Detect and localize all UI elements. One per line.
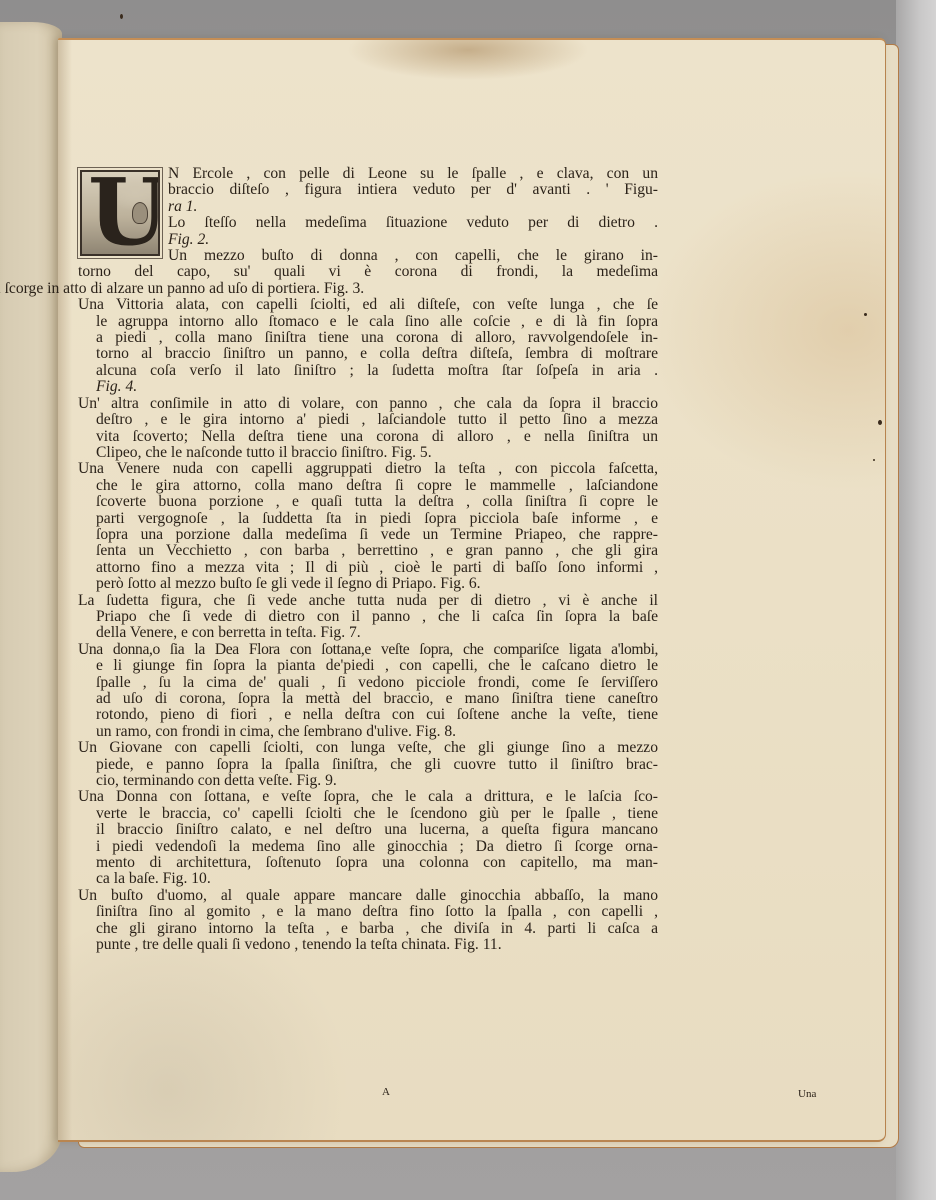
text-line: della Venere, e con berretta in teſta. F… <box>78 625 658 641</box>
signature-mark: A <box>382 1086 390 1098</box>
text-line: ca la baſe. Fig. 10. <box>78 871 658 887</box>
text-line: deſtro , e le gira intorno a' piedi , la… <box>78 412 658 428</box>
text-line: rotondo, pieno di fiori , e nella deſtra… <box>78 707 658 723</box>
text-line: verte le braccia, co' capelli ſciolti ch… <box>78 806 658 822</box>
entry-fig5: Un' altra conſimile in atto di volare, c… <box>78 396 658 462</box>
entry-fig3: Un mezzo buſto di donna , con capelli, c… <box>78 248 658 297</box>
text-line: Lo ſteſſo nella medeſima ſituazione vedu… <box>78 215 658 231</box>
text-line: e li giunge fin ſopra la pianta de'piedi… <box>78 658 658 674</box>
text-line: Priapo che ſi vede di dietro con il pann… <box>78 609 658 625</box>
text-line: Una Donna con ſottana, e veſte ſopra, ch… <box>78 789 658 805</box>
text-line: i piedi vedendoſi la medema ſino alle gi… <box>78 839 658 855</box>
text-line: Un Giovane con capelli ſciolti, con lung… <box>78 740 658 756</box>
text-line: ſiniſtra ſino al gomito , e la mano deſt… <box>78 904 658 920</box>
text-line: ra 1. <box>78 199 658 215</box>
page-text: U N Ercole , con pelle di Leone su le ſp… <box>78 166 658 954</box>
left-page-edge <box>0 22 62 1172</box>
text-line: ſi ſcorge in atto di alzare un panno ad … <box>0 281 658 297</box>
text-line: a piedi , colla mano ſiniſtra tiene una … <box>78 330 658 346</box>
entry-fig7: La ſudetta figura, che ſi vede anche tut… <box>78 593 658 642</box>
text-line: mento di architettura, ſoſtenuto ſopra u… <box>78 855 658 871</box>
text-line: le agruppa intorno allo ſtomaco e le cal… <box>78 314 658 330</box>
text-line: Un mezzo buſto di donna , con capelli, c… <box>78 248 658 264</box>
text-line: che le gira attorno, colla mano deſtra ſ… <box>78 478 658 494</box>
text-line: ad uſo di corona, ſopra la mettà del bra… <box>78 691 658 707</box>
text-line: il braccio ſiniſtro calato, e nel deſtro… <box>78 822 658 838</box>
text-line: Un buſto d'uomo, al quale appare mancare… <box>78 888 658 904</box>
ornamental-initial: U <box>80 170 160 256</box>
gutter-shadow <box>58 40 72 1140</box>
entry-fig10: Una Donna con ſottana, e veſte ſopra, ch… <box>78 789 658 887</box>
paper-speck <box>873 459 875 461</box>
text-line: ſpalle , ſu la cima de' quali , ſi vedon… <box>78 675 658 691</box>
text-line: un ramo, con frondi in cima, che ſembran… <box>78 724 658 740</box>
entry-fig6: Una Venere nuda con capelli aggruppati d… <box>78 461 658 592</box>
text-line: però ſotto al mezzo buſto ſe gli vede il… <box>78 576 658 592</box>
text-line: attorno fino a mezza vita ; Il di più , … <box>78 560 658 576</box>
paper-speck <box>864 313 867 316</box>
text-line: ſopra una porzione dalla medeſima ſi ved… <box>78 527 658 543</box>
text-line: piede, e panno ſopra la ſpalla ſiniſtra,… <box>78 757 658 773</box>
entry-fig2: Lo ſteſſo nella medeſima ſituazione vedu… <box>78 215 658 248</box>
text-line: Una donna,o ſia la Dea Flora con ſottana… <box>78 642 658 658</box>
text-line: parti vergognoſe , la ſuddetta ſta in pi… <box>78 511 658 527</box>
text-line: Fig. 4. <box>78 379 658 395</box>
text-line: torno del capo, su' quali vi è corona di… <box>78 264 658 280</box>
entry-fig9: Un Giovane con capelli ſciolti, con lung… <box>78 740 658 789</box>
background-right-strip <box>896 0 936 1200</box>
text-line: braccio diſteſo , figura intiera veduto … <box>78 182 658 198</box>
paper-speck <box>878 420 882 425</box>
text-line: ſcoverte buona porzione , e quaſi tutta … <box>78 494 658 510</box>
entry-fig1: N Ercole , con pelle di Leone su le ſpal… <box>78 166 658 215</box>
text-line: Una Vittoria alata, con capelli ſciolti,… <box>78 297 658 313</box>
text-line: che gli girano intorno la teſta , e barb… <box>78 921 658 937</box>
text-line: Un' altra conſimile in atto di volare, c… <box>78 396 658 412</box>
text-line: alcuna coſa verſo il lato ſiniſtro ; la … <box>78 363 658 379</box>
entry-fig11: Un buſto d'uomo, al quale appare mancare… <box>78 888 658 954</box>
text-line: vita ſcoverto; Nella deſtra tiene una co… <box>78 429 658 445</box>
text-line: cio, terminando con detta veſte. Fig. 9. <box>78 773 658 789</box>
text-line: Una Venere nuda con capelli aggruppati d… <box>78 461 658 477</box>
text-line: N Ercole , con pelle di Leone su le ſpal… <box>78 166 658 182</box>
background-speck <box>120 14 123 19</box>
entry-fig4: Una Vittoria alata, con capelli ſciolti,… <box>78 297 658 395</box>
text-line: La ſudetta figura, che ſi vede anche tut… <box>78 593 658 609</box>
text-line: torno al braccio ſiniſtro un panno, e co… <box>78 346 658 362</box>
text-line: punte , tre delle quali ſi vedono , tene… <box>78 937 658 953</box>
catchword: Una <box>798 1088 816 1100</box>
book-page: U N Ercole , con pelle di Leone su le ſp… <box>58 38 886 1142</box>
text-line: Fig. 2. <box>78 232 658 248</box>
drop-cap-letter: U <box>88 170 160 256</box>
text-line: Clipeo, che le naſconde tutto il braccio… <box>78 445 658 461</box>
text-line: ſenta un Vecchietto , con barba , berret… <box>78 543 658 559</box>
entry-fig8: Una donna,o ſia la Dea Flora con ſottana… <box>78 642 658 740</box>
